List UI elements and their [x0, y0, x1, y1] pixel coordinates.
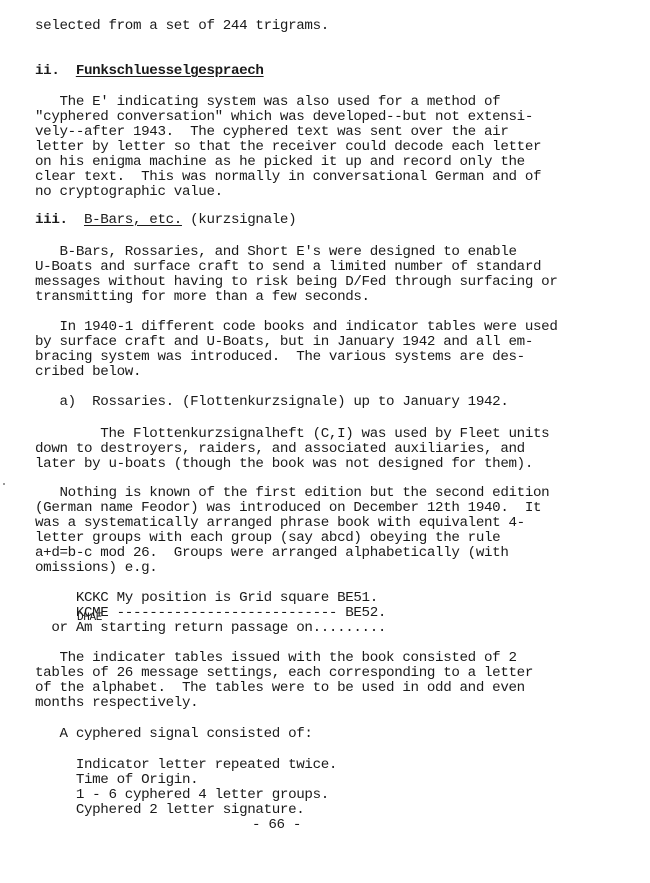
section-iii-number: iii. [35, 212, 68, 228]
text-line: vely--after 1943. The cyphered text was … [35, 125, 509, 140]
text-line: a+d=b-c mod 26. Groups were arranged alp… [35, 546, 509, 561]
subsection-a-heading: a) Rossaries. (Flottenkurzsignale) up to… [35, 395, 509, 410]
text-line: later by u-boats (though the book was no… [35, 457, 533, 472]
example-line: or Am starting return passage on........… [35, 621, 386, 636]
text-line: transmitting for more than a few seconds… [35, 290, 370, 305]
section-iii-title: B-Bars, etc. [84, 212, 182, 228]
text-line: on his enigma machine as he picked it up… [35, 155, 525, 170]
signal-intro: A cyphered signal consisted of: [35, 727, 313, 742]
text-line: tables of 26 message settings, each corr… [35, 666, 533, 681]
text-line: "cyphered conversation" which was develo… [35, 110, 533, 125]
section-iii-subtitle: (kurzsignale) [190, 212, 296, 228]
text-line: no cryptographic value. [35, 185, 223, 200]
text-line: cribed below. [35, 365, 141, 380]
section-ii-heading: ii. Funkschluesselgespraech [35, 64, 264, 79]
page-number: - 66 - [252, 818, 301, 833]
text-line: The E' indicating system was also used f… [35, 95, 500, 110]
text-line: The indicater tables issued with the boo… [35, 651, 517, 666]
text-line: Nothing is known of the first edition bu… [35, 486, 549, 501]
text-line: B-Bars, Rossaries, and Short E's were de… [35, 245, 517, 260]
text-line: letter by letter so that the receiver co… [35, 140, 541, 155]
text-line: (German name Feodor) was introduced on D… [35, 501, 541, 516]
list-item: Indicator letter repeated twice. [35, 758, 337, 773]
text-line: In 1940-1 different code books and indic… [35, 320, 558, 335]
section-iii-heading: iii. B-Bars, etc. (kurzsignale) [35, 213, 296, 228]
list-item: Cyphered 2 letter signature. [35, 803, 304, 818]
example-line: KCKC My position is Grid square BE51. [35, 591, 378, 606]
text-line: by surface craft and U-Boats, but in Jan… [35, 335, 533, 350]
section-ii-title: Funkschluesselgespraech [76, 63, 264, 79]
list-item: 1 - 6 cyphered 4 letter groups. [35, 788, 329, 803]
text-line: of the alphabet. The tables were to be u… [35, 681, 525, 696]
text-line: clear text. This was normally in convers… [35, 170, 541, 185]
opening-line: selected from a set of 244 trigrams. [35, 19, 329, 34]
text-line: down to destroyers, raiders, and associa… [35, 442, 525, 457]
text-line: U-Boats and surface craft to send a limi… [35, 260, 541, 275]
text-line: omissions) e.g. [35, 561, 157, 576]
text-line: letter groups with each group (say abcd)… [35, 531, 500, 546]
text-line: The Flottenkurzsignalheft (C,I) was used… [35, 427, 549, 442]
text-line: bracing system was introduced. The vario… [35, 350, 525, 365]
section-ii-number: ii. [35, 63, 60, 79]
text-line: was a systematically arranged phrase boo… [35, 516, 525, 531]
text-line: messages without having to risk being D/… [35, 275, 558, 290]
list-item: Time of Origin. [35, 773, 198, 788]
text-line: months respectively. [35, 696, 198, 711]
scan-artifact [3, 483, 5, 485]
